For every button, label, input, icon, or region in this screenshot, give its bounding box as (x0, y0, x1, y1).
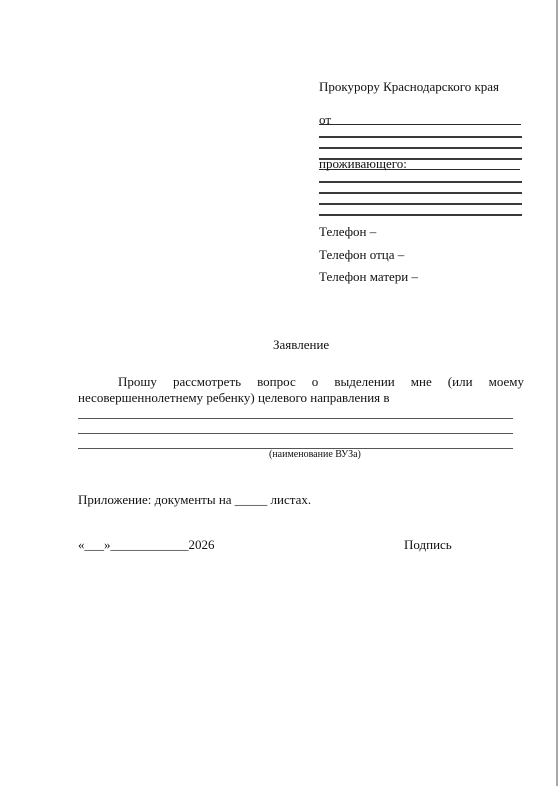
university-line-2[interactable] (78, 433, 513, 434)
document-title: Заявление (273, 337, 329, 352)
residence-underline[interactable] (319, 169, 520, 170)
phone-mother-field: Телефон матери – (319, 269, 418, 284)
university-caption: (наименование ВУЗа) (269, 449, 361, 461)
residence-line-5[interactable] (319, 214, 522, 216)
residence-line-2[interactable] (319, 181, 522, 183)
body-line-2: несовершеннолетнему ребенку) целевого на… (78, 390, 524, 406)
residence-line-3[interactable] (319, 192, 522, 194)
from-underline[interactable] (319, 124, 521, 125)
university-line-1[interactable] (78, 418, 513, 419)
phone-father-field: Телефон отца – (319, 247, 404, 262)
body-line-1: Прошу рассмотреть вопрос о выделении мне… (78, 374, 524, 390)
body-paragraph: Прошу рассмотреть вопрос о выделении мне… (78, 374, 524, 406)
date-field: «___»____________2026 (78, 537, 215, 552)
attachment-line: Приложение: документы на _____ листах. (78, 492, 311, 507)
addressee-to: Прокурору Краснодарского края (319, 79, 499, 94)
residence-line-4[interactable] (319, 203, 522, 205)
phone-field: Телефон – (319, 224, 376, 239)
from-line-3[interactable] (319, 147, 522, 149)
from-line-2[interactable] (319, 136, 522, 138)
signature-label: Подпись (404, 537, 452, 552)
